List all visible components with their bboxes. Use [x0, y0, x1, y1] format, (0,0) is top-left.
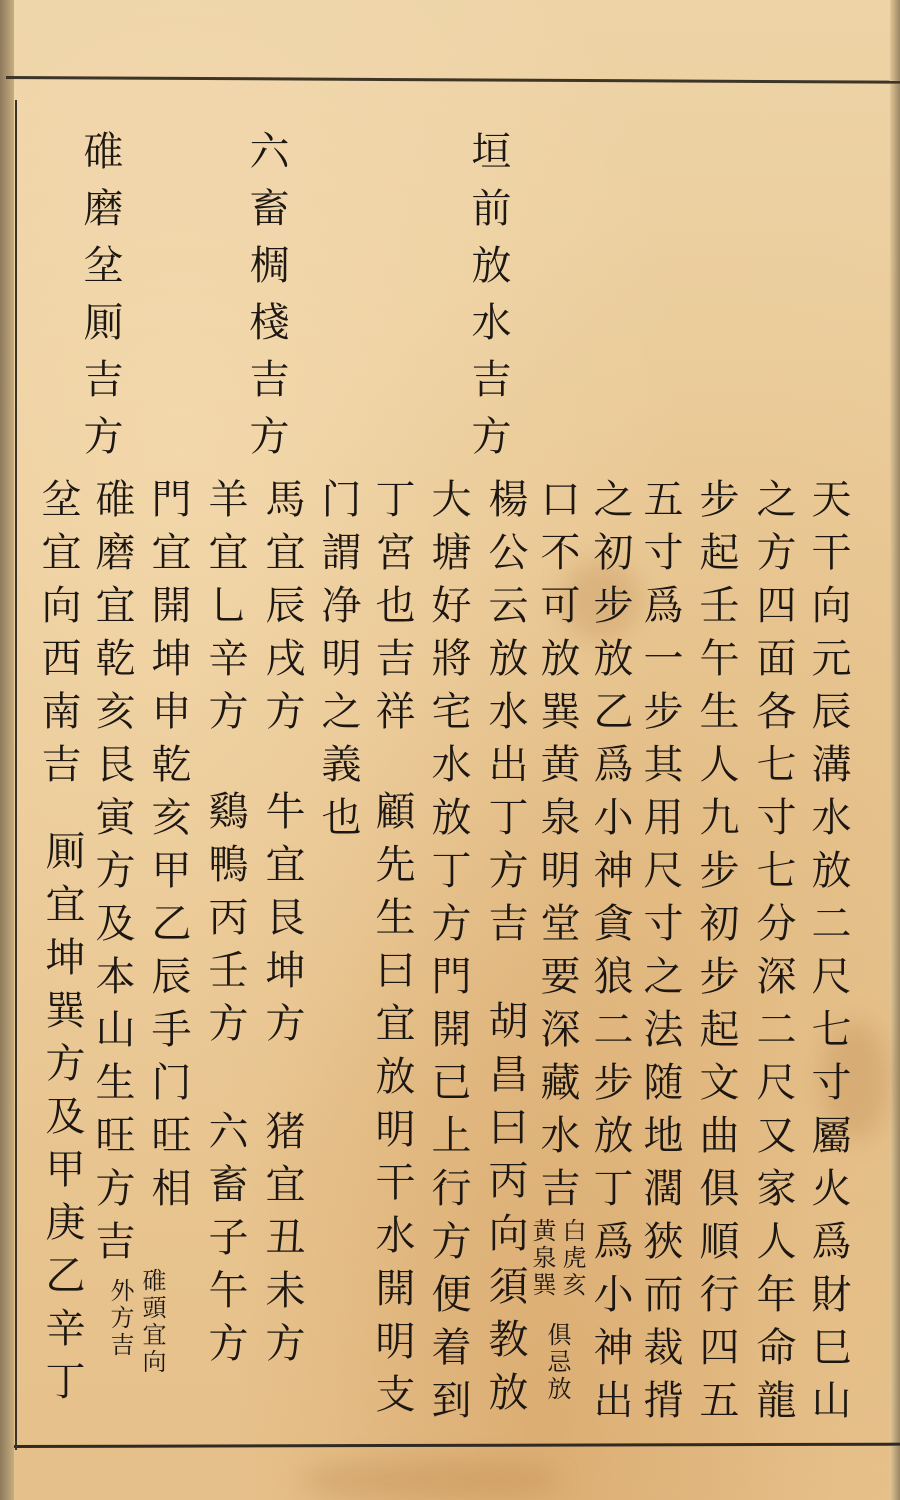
annotation-pestle-head: 碓頭宜向: [140, 1268, 164, 1376]
text-column-14: 碓磨宜乾亥艮寅方及本山生旺方吉: [92, 478, 132, 1273]
top-border-rule: [6, 76, 900, 84]
text-column-7a: 楊公云放水出丁方吉: [485, 478, 525, 955]
annotation-outer-direction: 外方吉: [108, 1278, 132, 1359]
annotation-white-tiger: 白虎亥: [560, 1218, 584, 1299]
bottom-border-rule: [14, 1443, 900, 1448]
stain: [300, 1460, 560, 1500]
annotation-yellow-spring: 黄泉巽: [530, 1218, 554, 1299]
text-column-12c: 六畜子午方: [205, 1110, 245, 1375]
page-right-edge: [890, 0, 900, 1500]
text-column-1: 天干向元辰溝水放二尺七寸屬火爲財巳山: [808, 478, 848, 1432]
annotation-avoid: 俱忌放: [545, 1322, 569, 1403]
text-column-11b: 牛宜艮坤方: [262, 790, 302, 1055]
text-column-2: 之方四面各七寸七分深二尺又家人年命龍: [753, 478, 793, 1432]
text-column-5: 之初步放乙爲小神貪狼二步放丁爲小神出: [590, 478, 630, 1432]
text-column-12a: 羊宜乚辛方: [205, 478, 245, 743]
text-column-11a: 馬宜辰戌方: [262, 478, 302, 743]
scanned-page: 垣前放水吉方 天干向元辰溝水放二尺七寸屬火爲財巳山 之方四面各七寸七分深二尺又家…: [0, 0, 900, 1500]
section-heading-livestock: 六畜椆棧吉方: [246, 130, 286, 472]
text-column-10: 门謂净明之義也: [318, 478, 358, 849]
text-column-6: 口不可放巽黄泉明堂要深藏水吉: [537, 478, 577, 1220]
text-column-15b: 厠宜坤巽方及甲庚乙辛丁: [42, 830, 82, 1413]
text-column-15a: 坌宜向西南吉: [38, 478, 78, 796]
text-column-3: 步起壬午生人九步初步起文曲俱順行四五: [696, 478, 736, 1432]
text-column-13: 門宜開坤申乾亥甲乙辰手门旺相: [148, 478, 188, 1220]
text-column-9b: 顧先生曰宜放明干水開明支: [372, 790, 412, 1426]
text-column-9a: 丁宮也吉祥: [372, 478, 412, 743]
left-border-rule: [15, 100, 17, 1450]
text-column-11c: 猪宜丑未方: [262, 1110, 302, 1375]
page-left-edge: [0, 0, 14, 1500]
text-column-12b: 鷄鴨丙壬方: [205, 790, 245, 1055]
section-heading-mill-toilet: 碓磨坌厠吉方: [80, 130, 120, 472]
text-column-8: 大塘好將宅水放丁方門開已上行方便着到: [428, 478, 468, 1432]
section-heading-drainage: 垣前放水吉方: [468, 130, 508, 472]
text-column-7b: 胡昌曰丙向須教放: [485, 1000, 525, 1424]
text-column-4: 五寸爲一步其用尺寸之法随地濶狹而裁揹: [640, 478, 680, 1432]
